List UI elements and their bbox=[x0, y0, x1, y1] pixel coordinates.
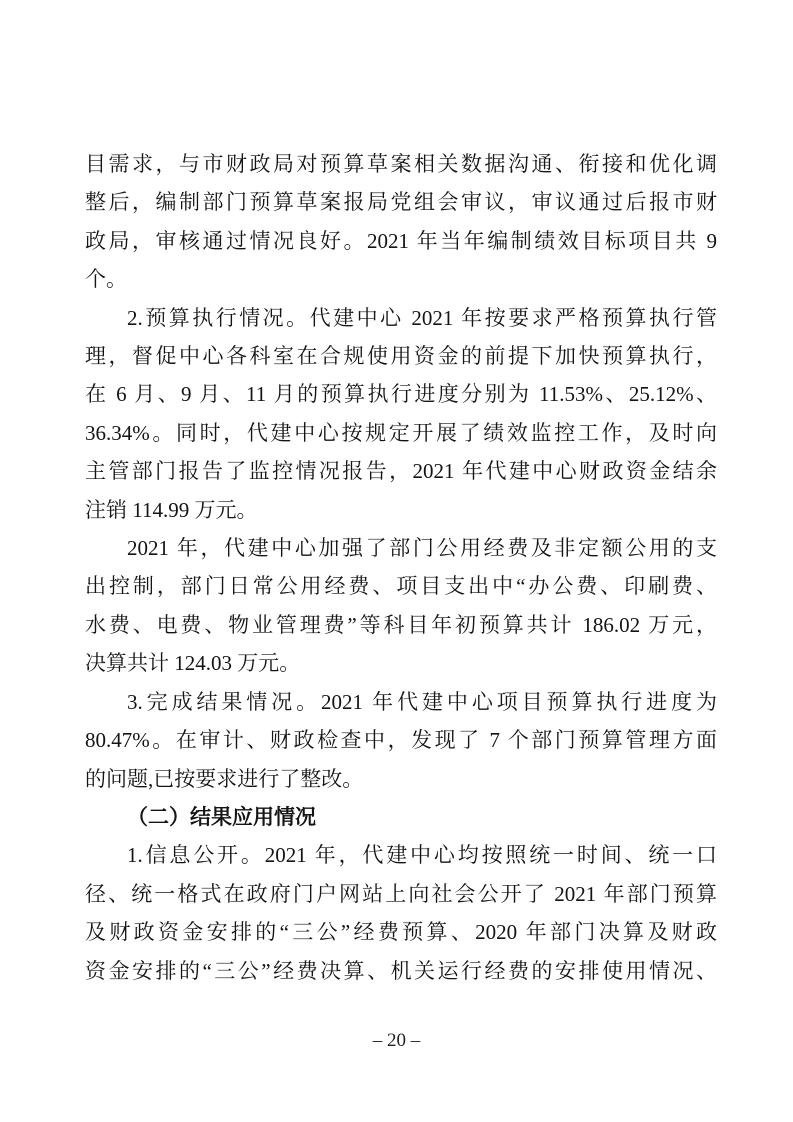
text-line: 水费、电费、物业管理费”等科目年初预算共计 186.02 万元， bbox=[85, 606, 717, 644]
paragraph: 目需求，与市财政局对预算草案相关数据沟通、衔接和优化调整后，编制部门预算草案报局… bbox=[85, 145, 717, 299]
paragraph: 1.信息公开。2021 年，代建中心均按照统一时间、统一口径、统一格式在政府门户… bbox=[85, 836, 717, 990]
page-footer: – 20 – bbox=[0, 1028, 793, 1054]
text-line: 政局，审核通过情况良好。2021 年当年编制绩效目标项目共 9 bbox=[85, 222, 717, 260]
text-line: 理，督促中心各科室在合规使用资金的前提下加快预算执行， bbox=[85, 337, 717, 375]
text-line: 主管部门报告了监控情况报告，2021 年代建中心财政资金结余 bbox=[85, 452, 717, 490]
document-body: 目需求，与市财政局对预算草案相关数据沟通、衔接和优化调整后，编制部门预算草案报局… bbox=[85, 145, 717, 990]
text-line: 整后，编制部门预算草案报局党组会审议，审议通过后报市财 bbox=[85, 183, 717, 221]
text-line: 3.完成结果情况。2021 年代建中心项目预算执行进度为 bbox=[85, 683, 717, 721]
text-line: 径、统一格式在政府门户网站上向社会公开了 2021 年部门预算 bbox=[85, 875, 717, 913]
text-line: 1.信息公开。2021 年，代建中心均按照统一时间、统一口 bbox=[85, 836, 717, 874]
page-number: – 20 – bbox=[373, 1030, 421, 1051]
text-line: 资金安排的“三公”经费决算、机关运行经费的安排使用情况、 bbox=[85, 952, 717, 990]
text-line: 80.47%。在审计、财政检查中，发现了 7 个部门预算管理方面 bbox=[85, 721, 717, 759]
text-line: 决算共计 124.03 万元。 bbox=[85, 644, 717, 682]
text-line: 的问题,已按要求进行了整改。 bbox=[85, 760, 717, 798]
text-line: 在 6 月、9 月、11 月的预算执行进度分别为 11.53%、25.12%、 bbox=[85, 375, 717, 413]
text-line: 2021 年，代建中心加强了部门公用经费及非定额公用的支 bbox=[85, 529, 717, 567]
paragraph: 2021 年，代建中心加强了部门公用经费及非定额公用的支出控制，部门日常公用经费… bbox=[85, 529, 717, 683]
paragraph: 2.预算执行情况。代建中心 2021 年按要求严格预算执行管理，督促中心各科室在… bbox=[85, 299, 717, 529]
section-heading: （二）结果应用情况 bbox=[85, 798, 717, 836]
text-line: 2.预算执行情况。代建中心 2021 年按要求严格预算执行管 bbox=[85, 299, 717, 337]
text-line: 出控制，部门日常公用经费、项目支出中“办公费、印刷费、 bbox=[85, 567, 717, 605]
text-line: 注销 114.99 万元。 bbox=[85, 491, 717, 529]
text-line: 目需求，与市财政局对预算草案相关数据沟通、衔接和优化调 bbox=[85, 145, 717, 183]
text-line: 个。 bbox=[85, 260, 717, 298]
text-line: 及财政资金安排的“三公”经费预算、2020 年部门决算及财政 bbox=[85, 913, 717, 951]
heading-line: （二）结果应用情况 bbox=[85, 798, 717, 836]
text-line: 36.34%。同时，代建中心按规定开展了绩效监控工作，及时向 bbox=[85, 414, 717, 452]
paragraph: 3.完成结果情况。2021 年代建中心项目预算执行进度为80.47%。在审计、财… bbox=[85, 683, 717, 798]
document-page: 目需求，与市财政局对预算草案相关数据沟通、衔接和优化调整后，编制部门预算草案报局… bbox=[0, 0, 793, 1122]
